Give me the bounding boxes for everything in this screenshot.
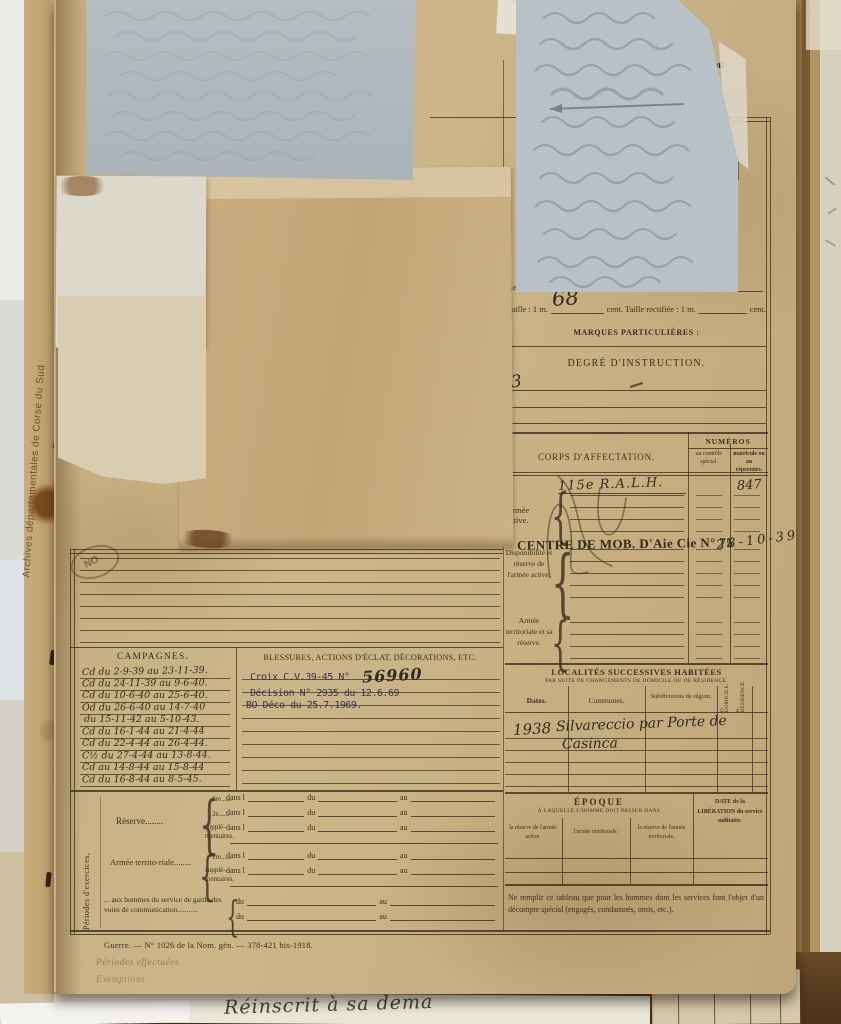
epoque-subtitle: À LAQUELLE L'HOMME DOIT PASSER DANS (505, 808, 693, 814)
campagnes-line: C½ du 27-4-44 au 13-8-44. (82, 749, 211, 761)
exercice-row: dans l du au (226, 867, 498, 875)
campagnes-line: Cd du 2-9-39 au 23-11-39. (82, 665, 208, 678)
campagnes-line: Cd du 10-6-40 au 25-6-40. (82, 690, 208, 701)
exercice-row: dans l du au (226, 824, 498, 832)
epoque-col-date-liberation: DATE de la LIBÉRATION du service militai… (697, 798, 763, 827)
exercice-row: dans l du au (226, 852, 498, 860)
epoque-col-territoriale: l'armée territoriale. (566, 828, 626, 837)
next-page-handwriting: Réinscrit à sa dema (224, 991, 434, 1019)
croix-number-handwritten: 56960 (362, 664, 424, 686)
next-page-edge (820, 0, 841, 1024)
gutter-shadow (56, 0, 82, 994)
cream-paper-sheet (58, 296, 206, 484)
numeros-col-matricule: matricule ou au répertoire. (732, 451, 766, 474)
localites-col-subdivisions: Subdivisions de région. (647, 692, 715, 701)
localites-col-domicile: D. DOMICILE. (720, 682, 730, 712)
periodes-exercices-label: Périodes d'exercices, (82, 796, 91, 930)
localites-col-communes: Communes. (568, 696, 645, 705)
epoque-col-reserve-territoriale: la réserve de l'armée territoriale. (633, 824, 690, 841)
campagnes-line: Cd du 22-4-44 au 26-4-44. (82, 738, 208, 749)
paper-sliver (496, 0, 518, 35)
exemptions-faded: Exemptions (96, 975, 145, 985)
taille-suffix: cent. (750, 305, 766, 314)
campagnes-line: du 15-11-42 au 5-10-43. (84, 714, 199, 725)
campagnes-header: CAMPAGNES. (72, 652, 234, 662)
exercice-row: dans l du au (226, 809, 498, 817)
croix-label-typed: Croix C.V.39-45 N° (250, 672, 349, 683)
page-edge-dark (802, 0, 810, 1024)
scan-margin-top (0, 0, 26, 300)
blue-note-sheet-left (86, 0, 416, 180)
territoriale-label: Armée territoriale et sa réserve. (505, 616, 553, 649)
marques-header: MARQUES PARTICULIÈRES : (505, 328, 768, 337)
campagnes-line: Cd du 24-11-39 au 9-6-40. (82, 677, 208, 689)
localites-entry-year: 1938 (513, 719, 552, 739)
archival-register-scan: Réinscrit à sa dema Archives département… (0, 0, 841, 1024)
faint-handwriting-left (86, 0, 416, 180)
decision-line-typed: Décision N° 2935 du 12.6.69 (250, 688, 399, 699)
campagnes-line: Od du 26-6-40 au 14-7-40 (82, 701, 205, 713)
periodes-effectuees-faded: Périodes effectuées (96, 958, 179, 968)
taille-row: Taille : 1 m. cent. Taille rectifiée : 1… (507, 305, 766, 314)
epoque-note: Ne remplir ce tableau que pour les homme… (508, 892, 764, 916)
localites-title: LOCALITÉS SUCCESSIVES HABITÉES (505, 667, 768, 677)
scan-margin-mid (0, 300, 26, 560)
taille-mid: cent. Taille rectifiée : 1 m. (607, 305, 696, 314)
voies-row: du au (236, 913, 498, 921)
corner-highlight (806, 0, 841, 50)
round-stamp-letters: ON (82, 552, 100, 568)
reserve-label: Réserve........ (116, 816, 163, 826)
localites-col-residence: R. RÉSIDENCE. (736, 682, 746, 712)
white-sheet-stain (54, 176, 110, 196)
form-footer-reference: Guerre. — N° 1026 de la Nom. gén. — 378-… (104, 940, 313, 950)
campagnes-line: Cd du 16-8-44 au 8-5-45. (82, 773, 202, 785)
blue-note-sheet-right (516, 0, 738, 292)
epoque-col-reserve-active: la réserve de l'armée active. (507, 824, 559, 841)
armee-territoriale-label: Armée territo-riale........ (110, 856, 198, 869)
exercice-row: dans l du au (226, 794, 498, 802)
page-edge-light (810, 0, 820, 1024)
campagnes-line: Cd au 14-8-44 au 15-8-44 (82, 762, 204, 773)
epoque-title: ÉPOQUE (505, 797, 693, 807)
blessures-header: BLESSURES, ACTIONS D'ÉCLAT, DÉCORATIONS,… (240, 653, 500, 662)
localites-col-dates: Dates. (505, 696, 568, 705)
faint-handwriting-right (516, 0, 738, 292)
taille-prefix: Taille : 1 m. (507, 305, 548, 314)
disponibilite-label: Disponibilité et réserve de l'armée acti… (505, 548, 553, 581)
degre-header: DEGRÉ D'INSTRUCTION. (505, 358, 768, 369)
numeros-header: NUMÉROS (688, 437, 768, 446)
matricule-value-handwritten: 847 (737, 477, 763, 494)
voies-communication-label: ... aux hommes du service de garde des v… (104, 895, 232, 915)
bottom-left-white-corner (0, 1000, 190, 1024)
voies-row: du au (236, 898, 498, 906)
bo-deco-line-typed: BO Déco du 25.7.1969. (246, 700, 362, 711)
campagnes-line: Cd du 16-1-44 au 21-4-44 (82, 725, 205, 737)
localites-entry-line2: Casinca (562, 736, 618, 753)
kraft-paper-sheet (177, 167, 514, 549)
